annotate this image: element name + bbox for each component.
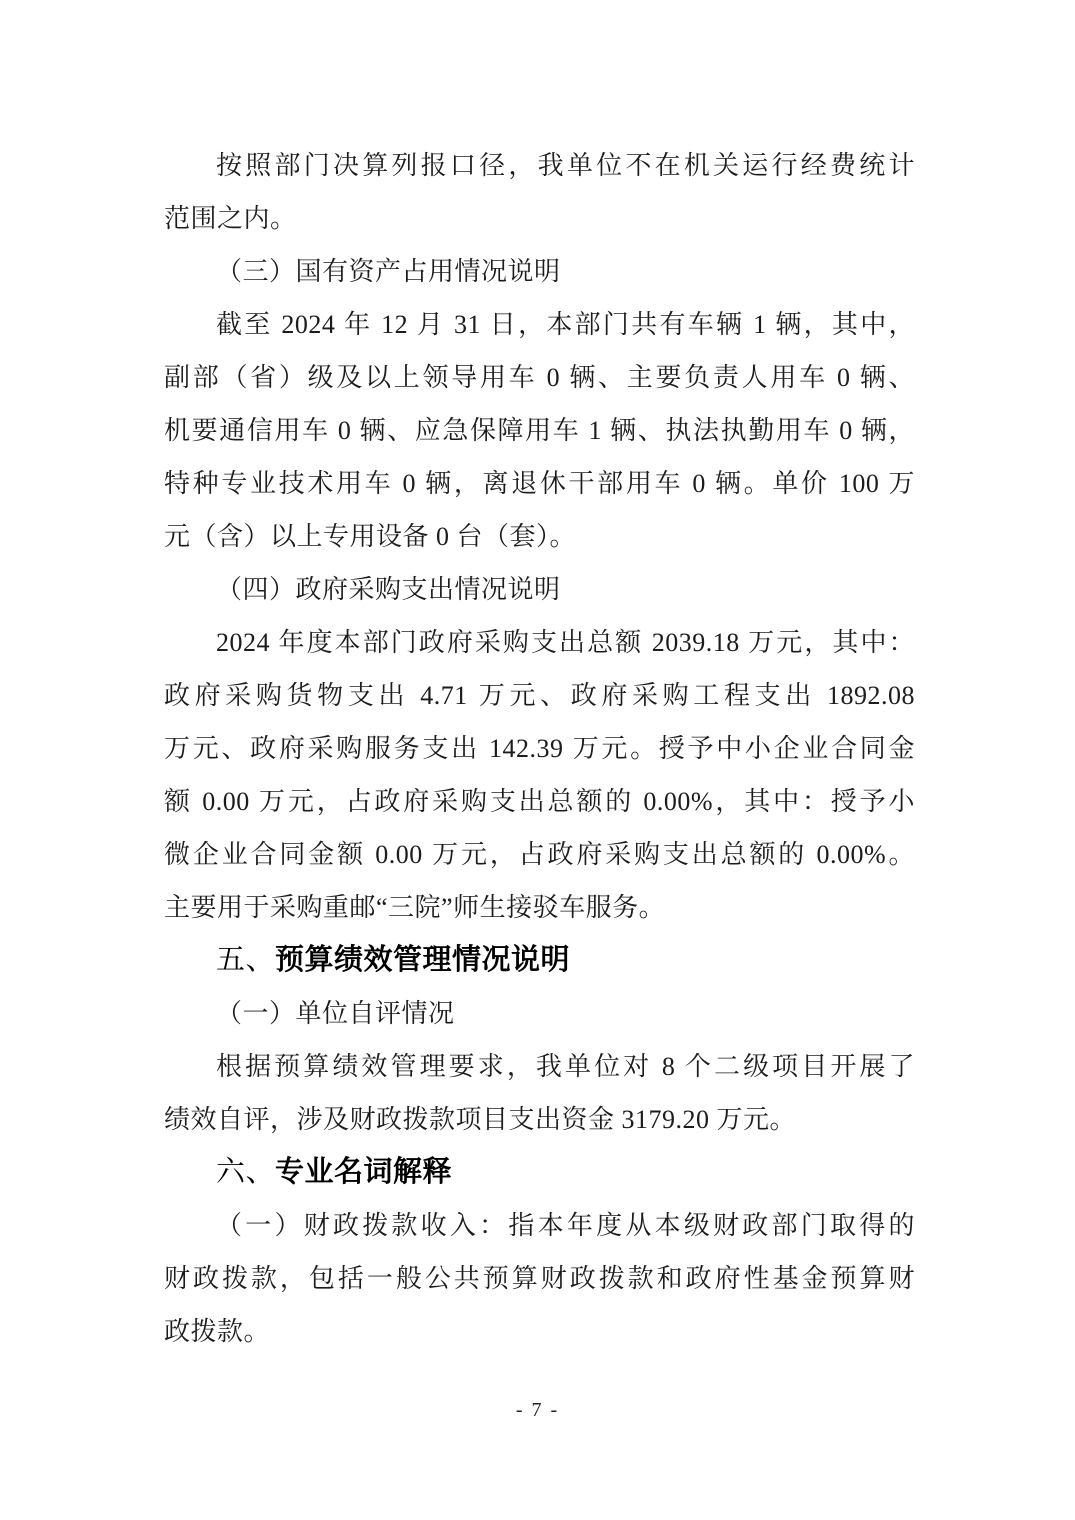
paragraph-line: 绩效自评，涉及财政拨款项目支出资金 3179.20 万元。 bbox=[164, 1093, 915, 1146]
heading-number: 六、 bbox=[216, 1156, 275, 1188]
paragraph-line: 万元、政府采购服务支出 142.39 万元。授予中小企业合同金 bbox=[164, 722, 915, 775]
heading-title: 预算绩效管理情况说明 bbox=[275, 944, 570, 976]
paragraph-line: 机要通信用车 0 辆、应急保障用车 1 辆、执法执勤用车 0 辆， bbox=[164, 404, 915, 457]
paragraph-line: 范围之内。 bbox=[164, 192, 915, 245]
document-body: 按照部门决算列报口径，我单位不在机关运行经费统计 范围之内。 （三）国有资产占用… bbox=[164, 139, 915, 1358]
heading-number: 五、 bbox=[216, 944, 275, 976]
paragraph-line: 微企业合同金额 0.00 万元，占政府采购支出总额的 0.00%。 bbox=[164, 828, 915, 881]
paragraph-line: 特种专业技术用车 0 辆，离退休干部用车 0 辆。单价 100 万 bbox=[164, 457, 915, 510]
section-subheading: （一）单位自评情况 bbox=[164, 987, 915, 1040]
heading-title: 专业名词解释 bbox=[275, 1156, 452, 1188]
page-number: - 7 - bbox=[0, 1399, 1075, 1422]
paragraph-line: 政拨款。 bbox=[164, 1305, 915, 1358]
paragraph-line: 2024 年度本部门政府采购支出总额 2039.18 万元，其中： bbox=[164, 616, 915, 669]
paragraph-line: 按照部门决算列报口径，我单位不在机关运行经费统计 bbox=[164, 139, 915, 192]
paragraph-line: （一）财政拨款收入：指本年度从本级财政部门取得的 bbox=[164, 1199, 915, 1252]
paragraph-line: 政府采购货物支出 4.71 万元、政府采购工程支出 1892.08 bbox=[164, 669, 915, 722]
paragraph-line: 额 0.00 万元，占政府采购支出总额的 0.00%，其中：授予小 bbox=[164, 775, 915, 828]
paragraph-line: 副部（省）级及以上领导用车 0 辆、主要负责人用车 0 辆、 bbox=[164, 351, 915, 404]
paragraph-line: 主要用于采购重邮“三院”师生接驳车服务。 bbox=[164, 881, 915, 934]
paragraph-line: 根据预算绩效管理要求，我单位对 8 个二级项目开展了 bbox=[164, 1040, 915, 1093]
section-heading: 五、预算绩效管理情况说明 bbox=[164, 934, 915, 987]
section-subheading: （三）国有资产占用情况说明 bbox=[164, 245, 915, 298]
paragraph-line: 截至 2024 年 12 月 31 日，本部门共有车辆 1 辆，其中， bbox=[164, 298, 915, 351]
paragraph-line: 财政拨款，包括一般公共预算财政拨款和政府性基金预算财 bbox=[164, 1252, 915, 1305]
paragraph-line: 元（含）以上专用设备 0 台（套）。 bbox=[164, 510, 915, 563]
section-heading: 六、专业名词解释 bbox=[164, 1146, 915, 1199]
section-subheading: （四）政府采购支出情况说明 bbox=[164, 563, 915, 616]
document-page: 按照部门决算列报口径，我单位不在机关运行经费统计 范围之内。 （三）国有资产占用… bbox=[0, 0, 1075, 1520]
